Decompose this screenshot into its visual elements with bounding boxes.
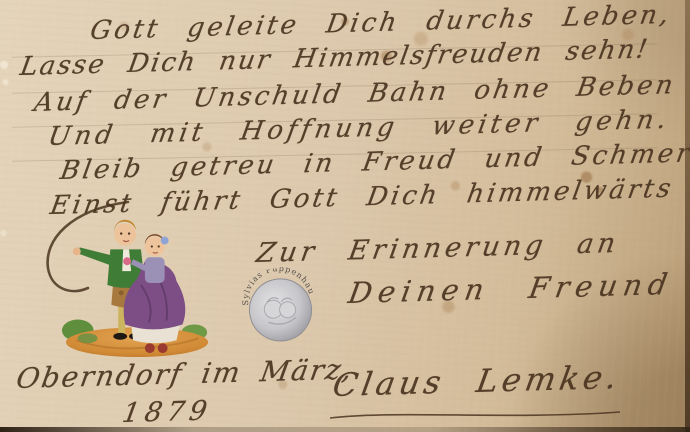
album-page-scan: Gott geleite Dich durchs Leben, Lasse Di… — [0, 0, 690, 432]
page-bottom-edge — [0, 427, 690, 432]
year-text: 1879 — [120, 396, 214, 429]
page-right-edge — [685, 0, 690, 432]
